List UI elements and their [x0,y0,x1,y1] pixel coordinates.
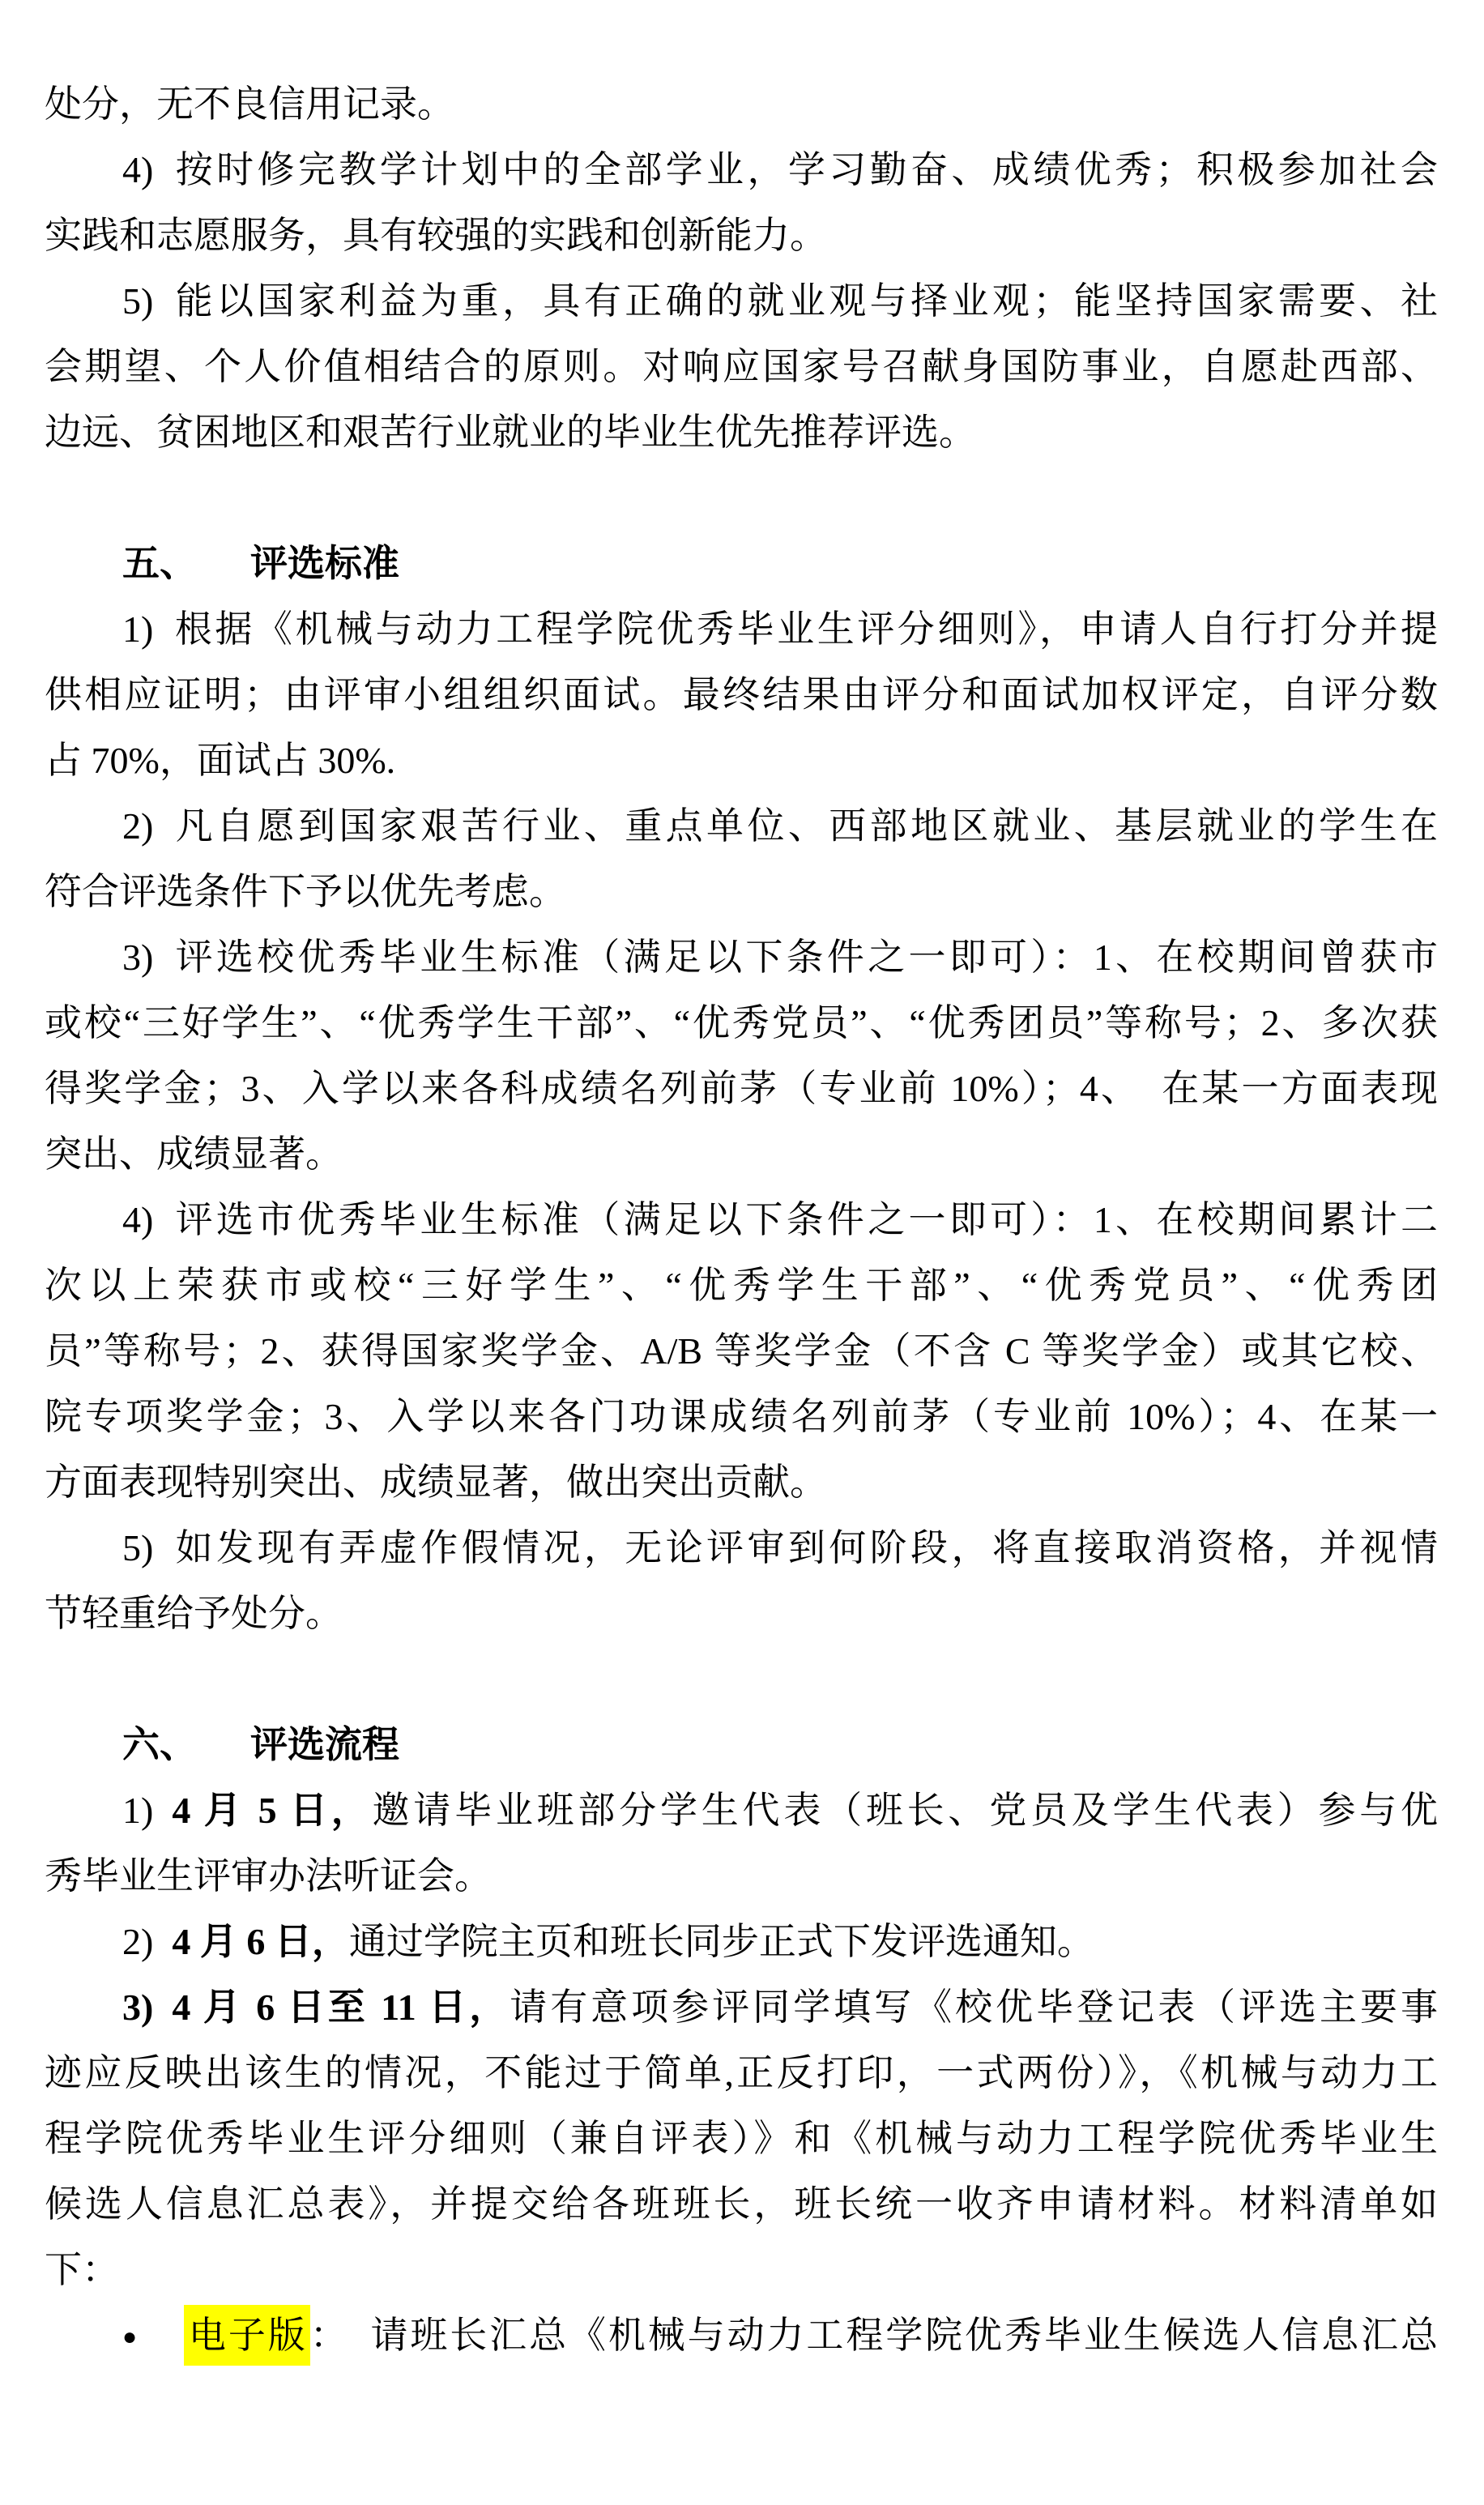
section-heading: 五、评选标准 [45,531,1438,596]
text-segment: 请班长汇总《机械与动力工程学院优秀毕业生候选人信息汇总 [350,2315,1438,2356]
text-segment: 边远、贫困地区和艰苦行业就业的毕业生优先推荐评选。 [45,412,976,453]
text-line: 2) 凡自愿到国家艰苦行业、重点单位、西部地区就业、基层就业的学生在 [45,793,1438,859]
text-segment: 实践和志愿服务，具有较强的实践和创新能力。 [45,215,827,256]
text-segment: 5) 能以国家利益为重，具有正确的就业观与择业观；能坚持国家需要、社 [122,280,1438,322]
text-segment: 处分，无不良信用记录。 [45,83,454,125]
text-segment: 1) [122,1790,172,1831]
text-line: 程学院优秀毕业生评分细则（兼自评表）》和《机械与动力工程学院优秀毕业生 [45,2106,1438,2171]
text-line: 4) 按时修完教学计划中的全部学业，学习勤奋、成绩优秀；积极参加社会 [45,137,1438,203]
text-segment: 次以上荣获市或校“三好学生”、“优秀学生干部”、“优秀党员”、“优秀团 [45,1265,1438,1306]
text-line: 占 70%，面试占 30%. [45,728,1438,793]
text-segment: 或校“三好学生”、“优秀学生干部”、“优秀党员”、“优秀团员”等称号；2、多次获 [45,1002,1438,1043]
text-line: 1) 4 月 5 日，邀请毕业班部分学生代表（班长、党员及学生代表）参与优 [45,1777,1438,1843]
text-segment: 程学院优秀毕业生评分细则（兼自评表）》和《机械与动力工程学院优秀毕业生 [45,2118,1438,2159]
text-segment: 秀毕业生评审办法听证会。 [45,1855,492,1897]
text-segment: 4 月 5 日， [172,1790,372,1831]
text-segment: 得奖学金；3、入学以来各科成绩名列前茅（专业前 10%）；4、 在某一方面表现 [45,1068,1438,1109]
text-segment: 3) 评选校优秀毕业生标准（满足以下条件之一即可）：1、在校期间曾获市 [122,937,1438,978]
document-page: 处分，无不良信用记录。4) 按时修完教学计划中的全部学业，学习勤奋、成绩优秀；积… [0,0,1484,2505]
text-line: 5) 能以国家利益为重，具有正确的就业观与择业观；能坚持国家需要、社 [45,268,1438,334]
text-segment: 5) 如发现有弄虚作假情况，无论评审到何阶段，将直接取消资格，并视情 [122,1527,1438,1568]
text-line: 3) 4 月 6 日至 11 日，请有意项参评同学填写《校优毕登记表（评选主要事 [45,1974,1438,2040]
text-segment: 4) 评选市优秀毕业生标准（满足以下条件之一即可）：1、在校期间累计二 [122,1199,1438,1240]
text-segment: 候选人信息汇总表》，并提交给各班班长，班长统一收齐申请材料。材料清单如 [45,2183,1438,2225]
text-line: 边远、贫困地区和艰苦行业就业的毕业生优先推荐评选。 [45,399,1438,465]
text-line: 下： [45,2237,1438,2302]
text-segment: 院专项奖学金；3、入学以来各门功课成绩名列前茅（专业前 10%）；4、在某一 [45,1396,1438,1437]
text-line: 次以上荣获市或校“三好学生”、“优秀学生干部”、“优秀党员”、“优秀团 [45,1252,1438,1318]
text-line: 2) 4 月 6 日，通过学院主页和班长同步正式下发评选通知。 [45,1909,1438,1974]
text-line: 秀毕业生评审办法听证会。 [45,1843,1438,1909]
text-segment: 占 70%，面试占 30%. [45,740,395,781]
text-segment: 五、 [122,543,197,584]
text-segment: 方面表现特别突出、成绩显著，做出突出贡献。 [45,1462,827,1503]
text-line: 方面表现特别突出、成绩显著，做出突出贡献。 [45,1449,1438,1515]
blank-line [45,1646,1438,1712]
text-segment: 会期望、个人价值相结合的原则。对响应国家号召献身国防事业，自愿赴西部、 [45,346,1438,387]
document-body: 处分，无不良信用记录。4) 按时修完教学计划中的全部学业，学习勤奋、成绩优秀；积… [45,71,1438,2368]
text-line: 4) 评选市优秀毕业生标准（满足以下条件之一即可）：1、在校期间累计二 [45,1187,1438,1252]
text-segment: 供相应证明；由评审小组组织面试。最终结果由评分和面试加权评定，自评分数 [45,674,1438,715]
text-line: 迹应反映出该生的情况，不能过于简单,正反打印，一式两份）》，《机械与动力工 [45,2040,1438,2106]
text-line: 员”等称号；2、获得国家奖学金、A/B 等奖学金（不含 C 等奖学金）或其它校、 [45,1318,1438,1384]
highlighted-text: 电子版 [184,2305,310,2366]
text-line: 突出、成绩显著。 [45,1121,1438,1187]
text-line: 院专项奖学金；3、入学以来各门功课成绩名列前茅（专业前 10%）；4、在某一 [45,1384,1438,1449]
text-line: 符合评选条件下予以优先考虑。 [45,859,1438,924]
section-heading: 六、评选流程 [45,1712,1438,1777]
text-segment: 突出、成绩显著。 [45,1133,343,1175]
text-line: 会期望、个人价值相结合的原则。对响应国家号召献身国防事业，自愿赴西部、 [45,334,1438,399]
text-segment: 下： [45,2249,119,2290]
text-segment: 员”等称号；2、获得国家奖学金、A/B 等奖学金（不含 C 等奖学金）或其它校、 [45,1330,1438,1372]
text-segment: ： [310,2315,350,2356]
text-line: 1) 根据《机械与动力工程学院优秀毕业生评分细则》，申请人自行打分并提 [45,596,1438,662]
text-segment: 4) 按时修完教学计划中的全部学业，学习勤奋、成绩优秀；积极参加社会 [122,149,1438,190]
blank-line [45,465,1438,531]
text-segment: 4 月 6 日， [172,1921,349,1962]
text-segment: 评选标准 [250,543,399,584]
bullet-list-item: ●电子版： 请班长汇总《机械与动力工程学院优秀毕业生候选人信息汇总 [45,2302,1438,2368]
text-line: 5) 如发现有弄虚作假情况，无论评审到何阶段，将直接取消资格，并视情 [45,1515,1438,1581]
text-line: 3) 评选校优秀毕业生标准（满足以下条件之一即可）：1、在校期间曾获市 [45,924,1438,990]
text-line: 处分，无不良信用记录。 [45,71,1438,137]
text-segment: 2) 凡自愿到国家艰苦行业、重点单位、西部地区就业、基层就业的学生在 [122,805,1438,847]
text-segment: 3) 4 月 6 日至 11 日， [122,1987,510,2028]
text-segment: 1) 根据《机械与动力工程学院优秀毕业生评分细则》，申请人自行打分并提 [122,608,1438,650]
text-segment: 通过学院主页和班长同步正式下发评选通知。 [349,1921,1094,1962]
text-segment: 邀请毕业班部分学生代表（班长、党员及学生代表）参与优 [373,1790,1439,1831]
text-segment: 请有意项参评同学填写《校优毕登记表（评选主要事 [510,1987,1438,2028]
text-line: 或校“三好学生”、“优秀学生干部”、“优秀党员”、“优秀团员”等称号；2、多次获 [45,990,1438,1056]
text-segment: 评选流程 [250,1724,399,1765]
bullet-icon: ● [122,2304,184,2370]
text-segment: 节轻重给予处分。 [45,1593,343,1634]
text-line: 供相应证明；由评审小组组织面试。最终结果由评分和面试加权评定，自评分数 [45,662,1438,728]
text-segment: 六、 [122,1724,197,1765]
text-segment: 符合评选条件下予以优先考虑。 [45,871,566,912]
text-line: 节轻重给予处分。 [45,1581,1438,1646]
text-line: 实践和志愿服务，具有较强的实践和创新能力。 [45,203,1438,268]
text-segment: 迹应反映出该生的情况，不能过于简单,正反打印，一式两份）》，《机械与动力工 [45,2052,1438,2093]
text-line: 得奖学金；3、入学以来各科成绩名列前茅（专业前 10%）；4、 在某一方面表现 [45,1056,1438,1121]
text-segment: 2) [122,1921,172,1962]
text-line: 候选人信息汇总表》，并提交给各班班长，班长统一收齐申请材料。材料清单如 [45,2171,1438,2237]
